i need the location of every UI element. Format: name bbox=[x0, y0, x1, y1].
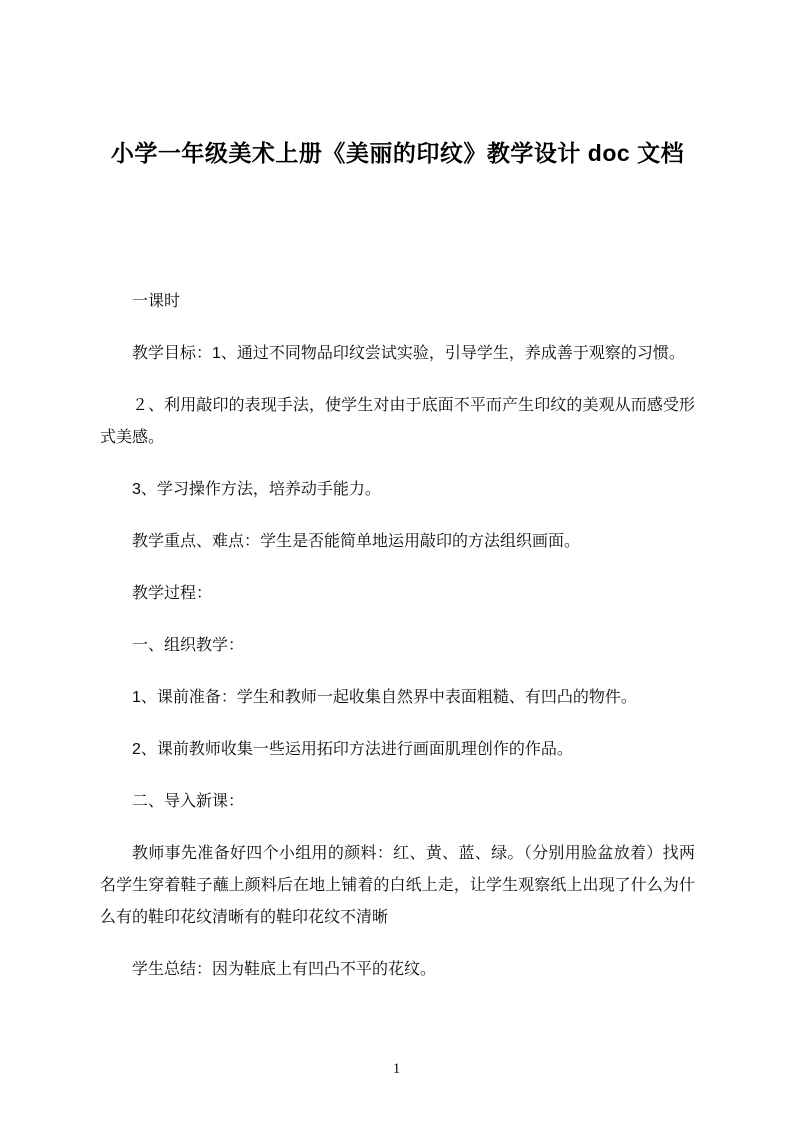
paragraph-teaching-goal-1: 教学目标：1、通过不同物品印纹尝试实验，引导学生，养成善于观察的习惯。 bbox=[100, 338, 695, 370]
paragraph-activity-description: 教师事先准备好四个小组用的颜料：红、黄、蓝、绿。（分别用脸盆放着）找两名学生穿着… bbox=[100, 838, 695, 934]
page-footer: 1 bbox=[0, 1060, 793, 1078]
paragraph-section-1-heading: 一、组织教学： bbox=[100, 630, 695, 662]
paragraph-section-2-heading: 二、导入新课： bbox=[100, 786, 695, 818]
paragraph-prep-2: 2、课前教师收集一些运用拓印方法进行画面肌理创作的作品。 bbox=[100, 734, 695, 766]
paragraph-lesson-duration: 一课时 bbox=[100, 286, 695, 318]
paragraph-teaching-goal-2: ２、利用敲印的表现手法，使学生对由于底面不平而产生印纹的美观从而感受形式美感。 bbox=[100, 390, 695, 454]
document-title: 小学一年级美术上册《美丽的印纹》教学设计 doc 文档 bbox=[0, 0, 793, 170]
document-page: 小学一年级美术上册《美丽的印纹》教学设计 doc 文档 一课时 教学目标：1、通… bbox=[0, 0, 793, 1122]
paragraph-key-points: 教学重点、难点：学生是否能简单地运用敲印的方法组织画面。 bbox=[100, 526, 695, 558]
document-body: 一课时 教学目标：1、通过不同物品印纹尝试实验，引导学生，养成善于观察的习惯。 … bbox=[0, 286, 793, 986]
page-number: 1 bbox=[393, 1061, 401, 1077]
paragraph-teaching-goal-3: 3、学习操作方法，培养动手能力。 bbox=[100, 474, 695, 506]
paragraph-teaching-process: 教学过程： bbox=[100, 578, 695, 610]
paragraph-student-conclusion: 学生总结：因为鞋底上有凹凸不平的花纹。 bbox=[100, 954, 695, 986]
paragraph-prep-1: 1、课前准备：学生和教师一起收集自然界中表面粗糙、有凹凸的物件。 bbox=[100, 682, 695, 714]
